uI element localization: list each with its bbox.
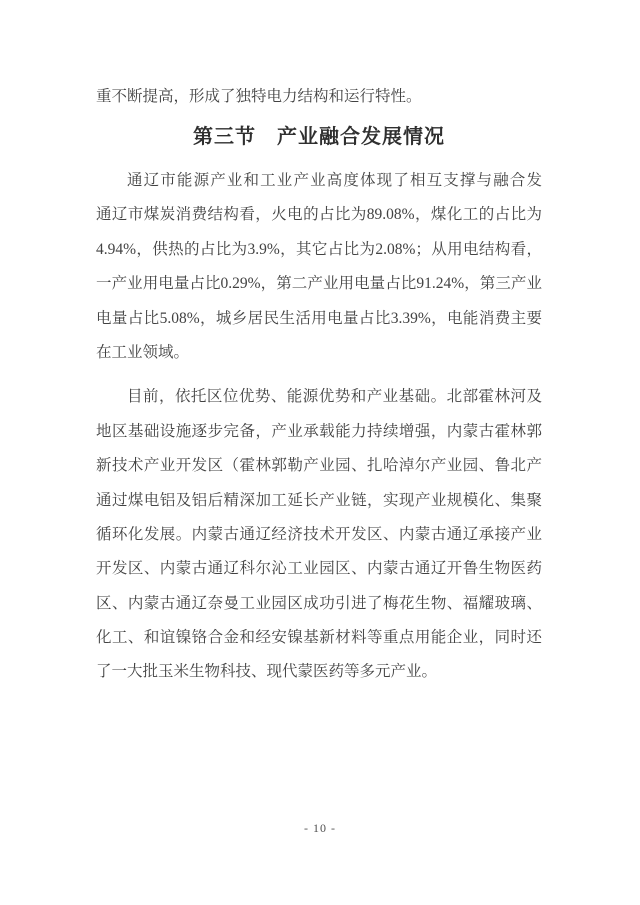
text-line: 新技术产业开发区（霍林郭勒产业园、扎哈淖尔产业园、鲁北产业园） — [96, 449, 542, 483]
text-line: 通过煤电铝及铝后精深加工延长产业链，实现产业规模化、集聚化、 — [96, 484, 542, 518]
text-block: 重不断提高，形成了独特电力结构和运行特性。 第三节 产业融合发展情况 通辽市能源… — [96, 80, 542, 690]
paragraph-industrial-parks: 目前，依托区位优势、能源优势和产业基础。北部霍林河及周边 地区基础设施逐步完备，… — [96, 380, 542, 690]
text-line: 循环化发展。内蒙古通辽经济技术开发区、内蒙古通辽承接产业转移 — [96, 518, 542, 552]
text-line: 地区基础设施逐步完备，产业承载能力持续增强，内蒙古霍林郭勒高 — [96, 415, 542, 449]
paragraph-industry-structure: 通辽市能源产业和工业产业高度体现了相互支撑与融合发展，从 通辽市煤炭消费结构看，… — [96, 164, 542, 370]
text-line: 通辽市能源产业和工业产业高度体现了相互支撑与融合发展，从 — [96, 164, 542, 198]
document-page: 重不断提高，形成了独特电力结构和运行特性。 第三节 产业融合发展情况 通辽市能源… — [0, 0, 640, 905]
text-line: 在工业领域。 — [96, 336, 542, 370]
text-line: 一产业用电量占比0.29%，第二产业用电量占比91.24%，第三产业用 — [96, 267, 542, 301]
text-line: 电量占比5.08%，城乡居民生活用电量占比3.39%，电能消费主要集中 — [96, 302, 542, 336]
section-heading: 第三节 产业融合发展情况 — [96, 116, 542, 158]
text-line: 化工、和谊镍铬合金和经安镍基新材料等重点用能企业，同时还形成 — [96, 621, 542, 655]
paragraph-continuation-line: 重不断提高，形成了独特电力结构和运行特性。 — [96, 80, 542, 114]
text-line: 目前，依托区位优势、能源优势和产业基础。北部霍林河及周边 — [96, 380, 542, 414]
text-line: 通辽市煤炭消费结构看，火电的占比为89.08%，煤化工的占比为 — [96, 198, 542, 232]
page-number: - 10 - — [304, 821, 336, 835]
text-line: 了一大批玉米生物科技、现代蒙医药等多元产业。 — [96, 655, 542, 689]
text-line: 区、内蒙古通辽奈曼工业园区成功引进了梅花生物、福耀玻璃、金煤 — [96, 587, 542, 621]
text-line: 开发区、内蒙古通辽科尔沁工业园区、内蒙古通辽开鲁生物医药开发 — [96, 552, 542, 586]
page-footer: - 10 - — [0, 820, 640, 836]
text-line: 4.94%，供热的占比为3.9%，其它占比为2.08%；从用电结构看，第 — [96, 233, 542, 267]
